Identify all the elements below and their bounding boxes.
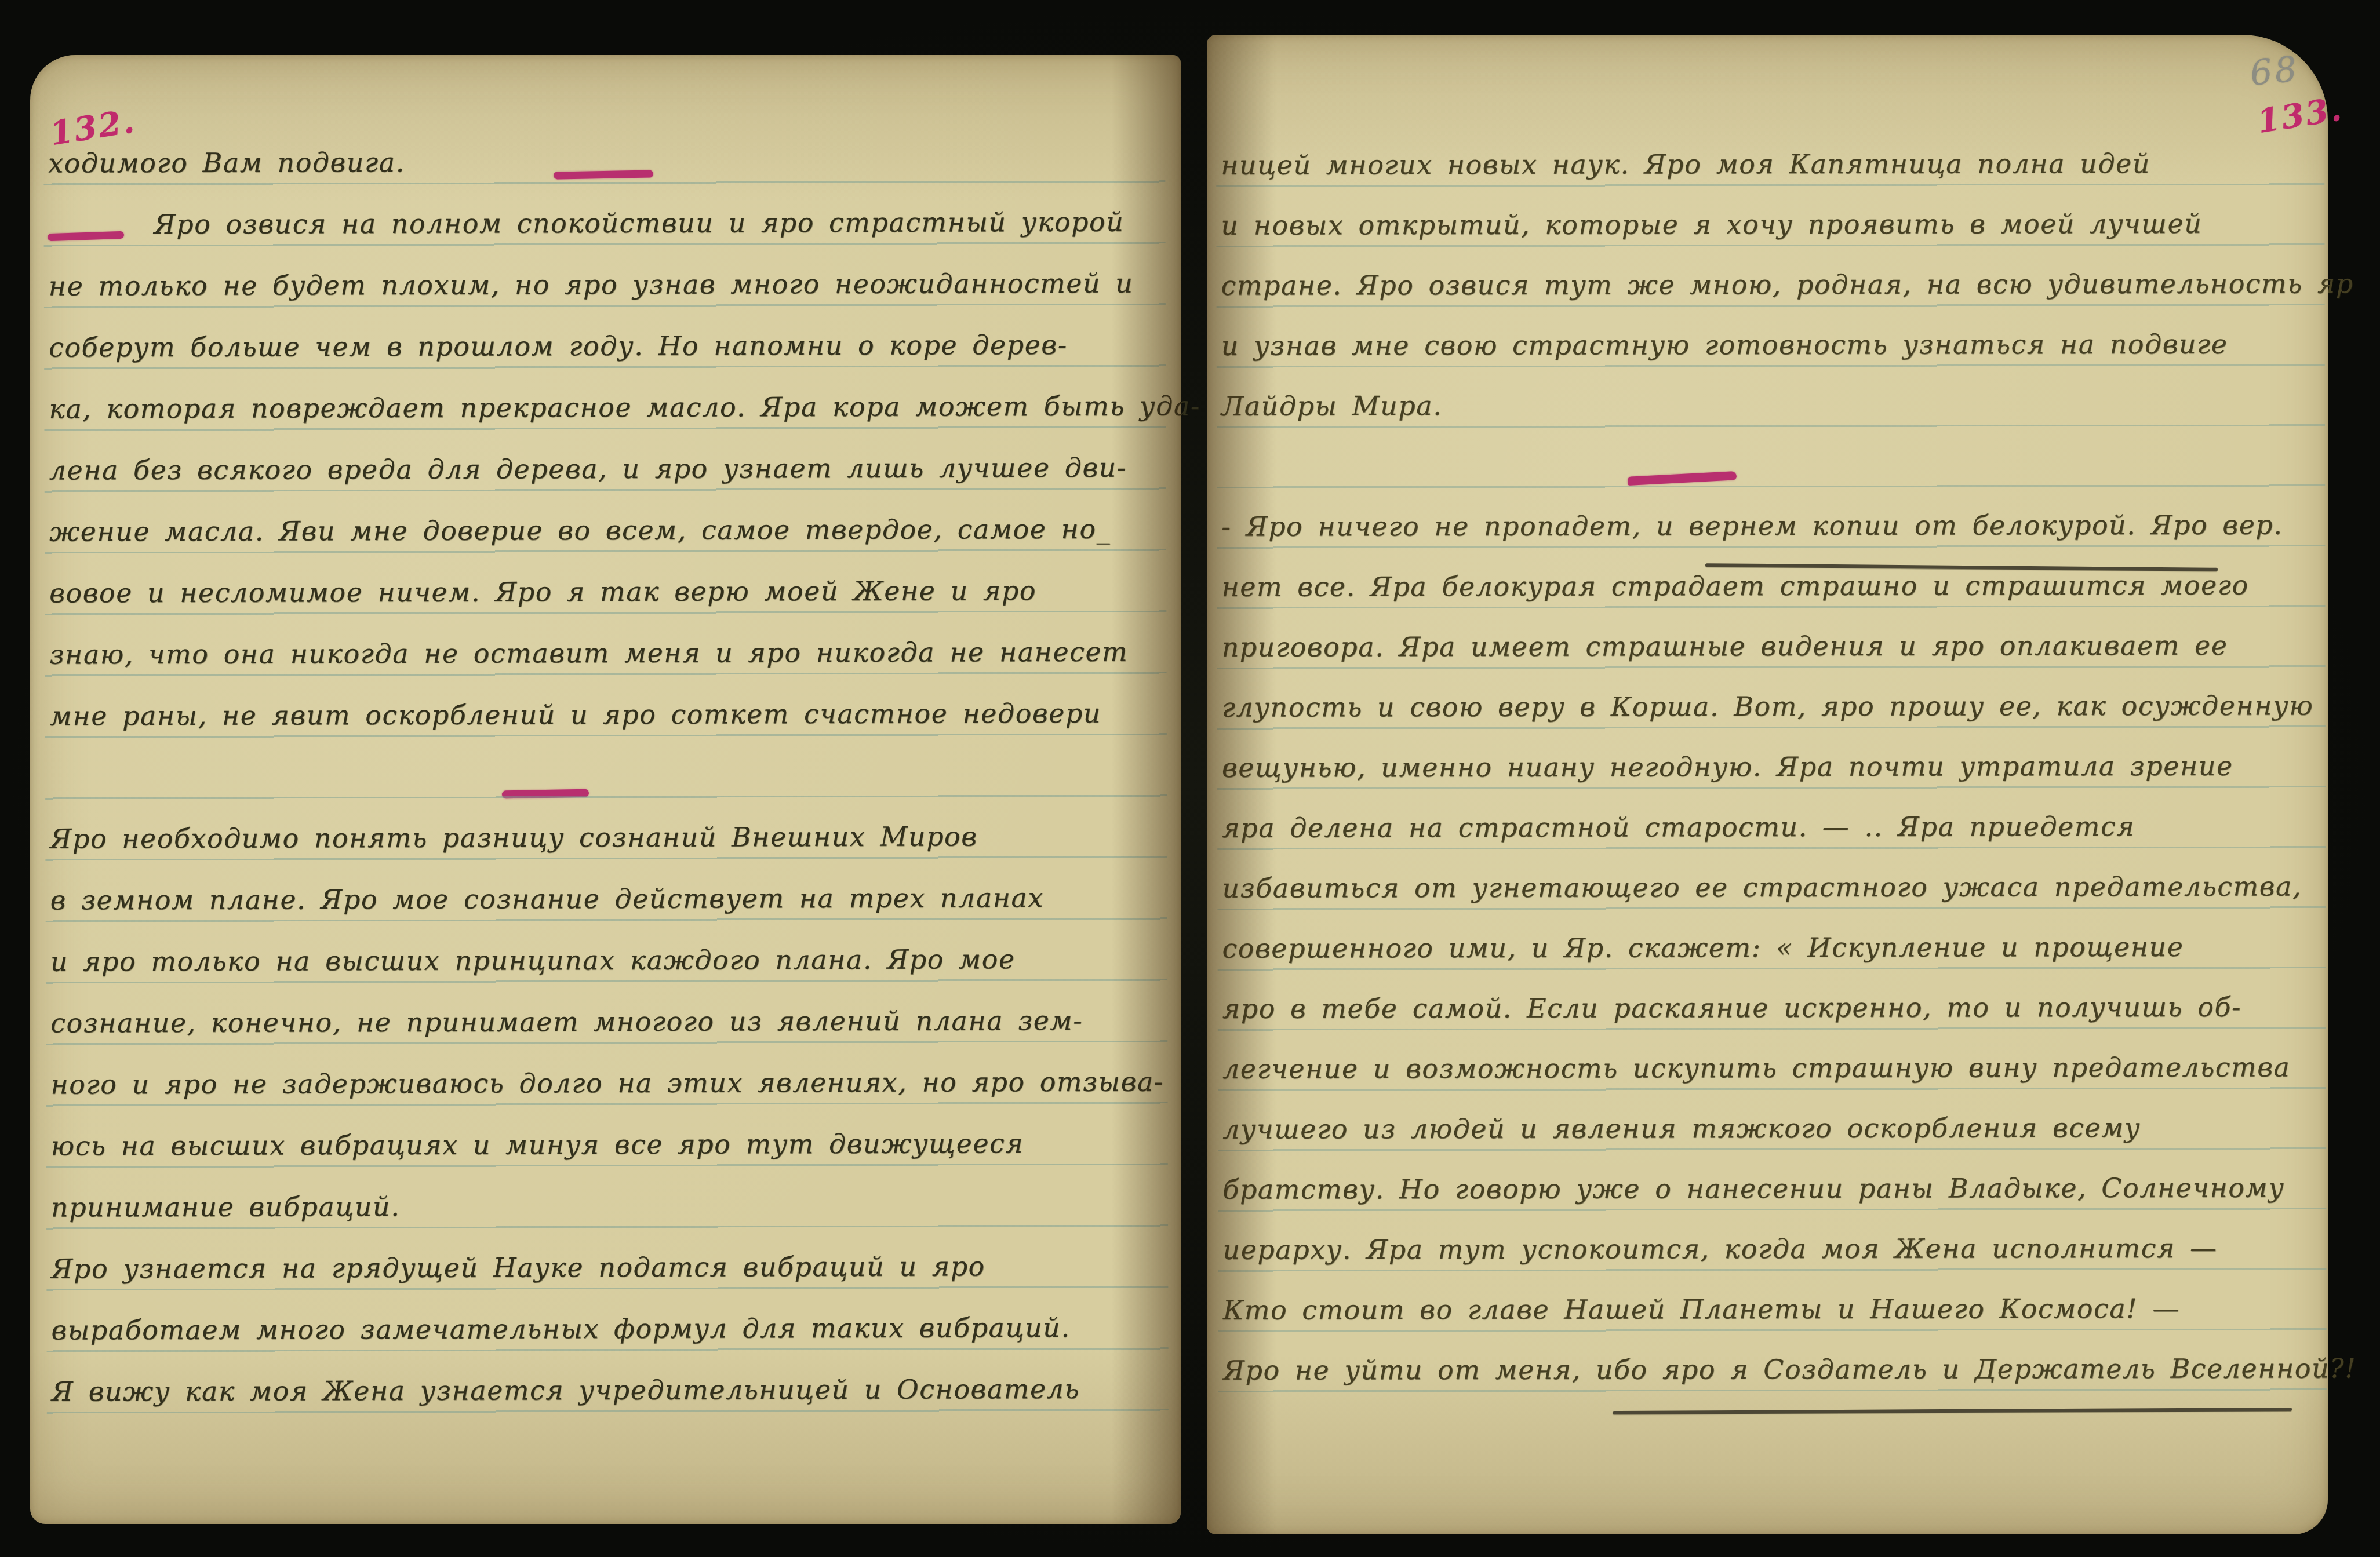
handwritten-line: ходимого Вам подвига. (43, 121, 1165, 185)
handwritten-line: стране. Яро озвися тут же мною, родная, … (1216, 246, 2324, 308)
handwritten-line: иерарху. Яра тут успокоится, когда моя Ж… (1218, 1210, 2326, 1272)
handwritten-line: лучшего из людей и явления тяжкого оскор… (1218, 1089, 2326, 1151)
ink-underline (1613, 1408, 2292, 1414)
handwritten-line: жение масла. Яви мне доверие во всем, са… (45, 490, 1166, 554)
handwritten-line: - Яро ничего не пропадет, и вернем копии… (1217, 487, 2325, 549)
handwritten-line: совершенного ими, и Яр. скажет: « Искупл… (1217, 909, 2326, 971)
blank-ruled-line (45, 735, 1167, 800)
handwritten-line: Кто стоит во главе Нашей Планеты и Нашег… (1218, 1270, 2327, 1332)
left-page-text: ходимого Вам подвига. Яро озвися на полн… (43, 121, 1169, 1414)
handwritten-line: вещунью, именно ниану негодную. Яра почт… (1217, 728, 2326, 790)
right-page-text: ницей многих новых наук. Яро моя Капятни… (1216, 125, 2327, 1392)
handwritten-line: легчение и возможность искупить страшную… (1218, 1029, 2326, 1091)
handwritten-line: принимание вибраций. (46, 1165, 1168, 1230)
handwritten-line: Яро озвися на полном спокойствии и яро с… (43, 183, 1165, 247)
blank-ruled-line (1217, 426, 2325, 488)
left-page: 132. ходимого Вам подвига. Яро озвися на… (30, 55, 1181, 1524)
handwritten-line: вовое и несломимое ничем. Яро я так верю… (45, 551, 1166, 615)
handwritten-line: Я вижу как моя Жена узнается учредительн… (47, 1350, 1169, 1414)
pencil-folio-number: 68 (2248, 49, 2301, 94)
handwritten-line: глупость и свою веру в Корша. Вот, яро п… (1217, 668, 2326, 730)
handwritten-line: нет все. Яра белокурая страдает страшно … (1217, 547, 2325, 609)
handwritten-line: Лайдры Мира. (1217, 366, 2325, 428)
handwritten-line: соберут больше чем в прошлом году. Но на… (44, 305, 1166, 370)
handwritten-line: ка, которая повреждает прекрасное масло.… (44, 367, 1166, 431)
handwritten-line: яра делена на страстной старости. — .. Я… (1217, 788, 2326, 850)
handwritten-line: и яро только на высших принципах каждого… (46, 920, 1167, 984)
handwritten-line: братству. Но говорю уже о нанесении раны… (1218, 1150, 2326, 1212)
handwritten-line: ницей многих новых наук. Яро моя Капятни… (1216, 125, 2324, 187)
handwritten-line: знаю, что она никогда не оставит меня и … (45, 612, 1166, 677)
right-page: 68 133. ницей многих новых наук. Яро моя… (1207, 35, 2328, 1534)
handwritten-line: ного и яро не задерживаюсь долго на этих… (46, 1042, 1167, 1107)
gutter-shadow-left (1111, 55, 1181, 1524)
handwritten-line: Яро необходимо понять разницу сознаний В… (45, 797, 1167, 861)
handwritten-line: яро в тебе самой. Если раскаяние искренн… (1218, 969, 2326, 1031)
handwritten-line: и узнав мне свою страстную готовность уз… (1217, 306, 2325, 368)
notebook-spread: 132. ходимого Вам подвига. Яро озвися на… (0, 0, 2380, 1557)
gutter-shadow-right (1207, 35, 1276, 1534)
handwritten-line: мне раны, не явит оскорблений и яро сотк… (45, 674, 1167, 738)
handwritten-line: юсь на высших вибрациях и минуя все яро … (46, 1104, 1168, 1168)
handwritten-line: и новых открытий, которые я хочу проявит… (1216, 185, 2324, 247)
handwritten-line: избавиться от угнетающего ее страстного … (1217, 848, 2326, 910)
handwritten-line: сознание, конечно, не принимает многого … (46, 981, 1167, 1045)
handwritten-line: не только не будет плохим, но яро узнав … (44, 244, 1166, 308)
handwritten-line: выработаем много замечательных формул дл… (46, 1288, 1168, 1352)
handwritten-line: Яро узнается на грядущей Науке податся в… (46, 1227, 1168, 1291)
handwritten-line: Яро не уйти от меня, ибо яро я Создатель… (1218, 1330, 2327, 1392)
handwritten-line: в земном плане. Яро мое сознание действу… (45, 858, 1167, 922)
handwritten-line: лена без всякого вреда для дерева, и яро… (44, 428, 1166, 493)
handwritten-line: приговора. Яра имеет страшные видения и … (1217, 607, 2326, 669)
